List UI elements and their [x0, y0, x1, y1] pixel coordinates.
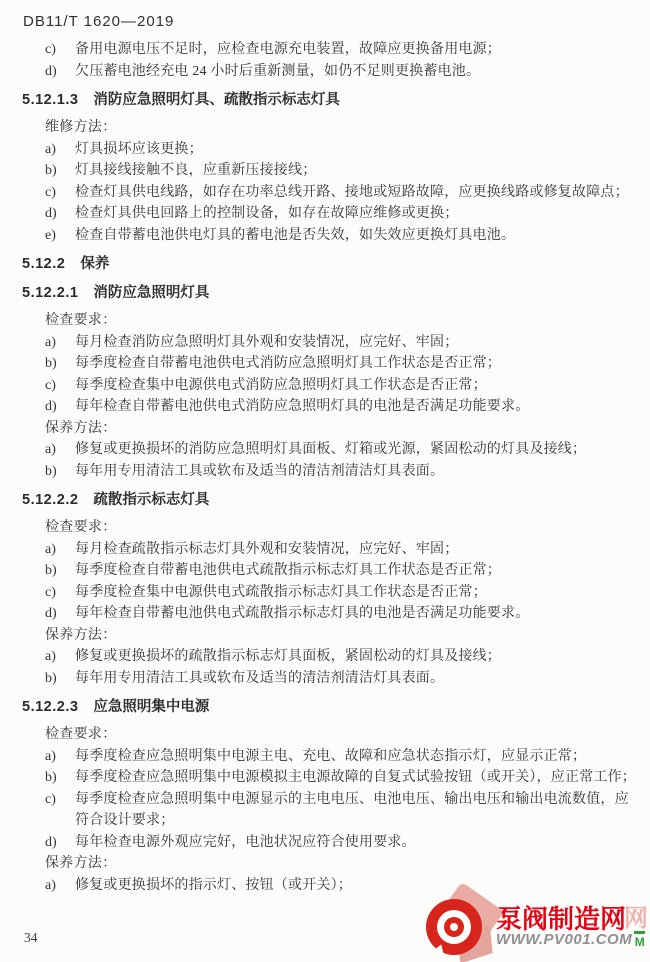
list-text: 检查灯具供电回路上的控制设备，如存在故障应维修或更换； — [75, 203, 640, 225]
list-text: 每季度检查自带蓄电池供电式消防应急照明灯具工作状态是否正常； — [75, 353, 640, 375]
list-item: a) 每月检查消防应急照明灯具外观和安装情况，应完好、牢固； — [22, 332, 640, 354]
list-text: 每季度检查应急照明集中电源主电、充电、故障和应急状态指示灯，应显示正常； — [75, 746, 640, 768]
list-item: a) 每季度检查应急照明集中电源主电、充电、故障和应急状态指示灯，应显示正常； — [22, 746, 640, 768]
section-number: 5.12.2.1 — [22, 283, 78, 304]
section-title: 消防应急照明灯具 — [93, 283, 209, 304]
list-text: 每年用专用清洁工具或软布及适当的清洁剂清洁灯具表面。 — [75, 668, 640, 690]
list-text: 每月检查消防应急照明灯具外观和安装情况，应完好、牢固； — [75, 332, 640, 354]
paragraph-label: 维修方法： — [45, 117, 640, 139]
list-text: 修复或更换损坏的消防应急照明灯具面板、灯箱或光源，紧固松动的灯具及接线； — [75, 439, 640, 461]
list-marker: d) — [45, 61, 75, 83]
list-text: 每季度检查应急照明集中电源模拟主电源故障的自复式试验按钮（或开关），应正常工作； — [75, 767, 640, 789]
list-marker: d) — [45, 203, 75, 225]
document-body: c) 备用电源电压不足时，应检查电源充电装置，故障应更换备用电源； d) 欠压蓄… — [0, 30, 650, 896]
page-number: 34 — [24, 930, 38, 946]
list-text: 检查灯具供电线路，如存在功率总线开路、接地或短路故障，应更换线路或修复故障点； — [75, 182, 640, 204]
list-text: 灯具损坏应该更换； — [75, 139, 640, 161]
list-item: c) 每季度检查集中电源供电式消防应急照明灯具工作状态是否正常； — [22, 375, 640, 397]
list-text: 每月检查疏散指示标志灯具外观和安装情况，应完好、牢固； — [75, 539, 640, 561]
list-item: d) 检查灯具供电回路上的控制设备，如存在故障应维修或更换； — [22, 203, 640, 225]
list-item: d) 每年检查电源外观应完好，电池状况应符合使用要求。 — [22, 832, 640, 854]
paragraph-label: 检查要求： — [45, 517, 640, 539]
section-title: 保养 — [80, 254, 109, 275]
list-text: 检查自带蓄电池供电灯具的蓄电池是否失效，如失效应更换灯具电池。 — [75, 225, 640, 247]
list-item: a) 每月检查疏散指示标志灯具外观和安装情况，应完好、牢固； — [22, 539, 640, 561]
section-heading: 5.12.2.2 疏散指示标志灯具 — [22, 490, 640, 511]
list-item: c) 每季度检查应急照明集中电源显示的主电电压、电池电压、输出电压和输出电流数值… — [22, 789, 640, 832]
list-item: b) 每年用专用清洁工具或软布及适当的清洁剂清洁灯具表面。 — [22, 668, 640, 690]
section-heading: 5.12.1.3 消防应急照明灯具、疏散指示标志灯具 — [22, 90, 640, 111]
section-heading: 5.12.2 保养 — [22, 254, 640, 275]
paragraph-label: 检查要求： — [45, 724, 640, 746]
list-marker: b) — [45, 560, 75, 582]
list-text: 欠压蓄电池经充电 24 小时后重新测量，如仍不足则更换蓄电池。 — [75, 61, 640, 83]
list-marker: c) — [45, 39, 75, 61]
list-item: c) 每季度检查集中电源供电式疏散指示标志灯具工作状态是否正常； — [22, 582, 640, 604]
list-marker: c) — [45, 789, 75, 832]
list-item: e) 检查自带蓄电池供电灯具的蓄电池是否失效，如失效应更换灯具电池。 — [22, 225, 640, 247]
list-text: 每年检查自带蓄电池供电式疏散指示标志灯具的电池是否满足功能要求。 — [75, 603, 640, 625]
list-item: b) 每季度检查自带蓄电池供电式疏散指示标志灯具工作状态是否正常； — [22, 560, 640, 582]
list-item: b) 灯具接线接触不良，应重新压接接线； — [22, 160, 640, 182]
list-text: 修复或更换损坏的疏散指示标志灯具面板，紧固松动的灯具及接线； — [75, 646, 640, 668]
list-marker: e) — [45, 225, 75, 247]
list-marker: c) — [45, 182, 75, 204]
section-number: 5.12.2.2 — [22, 490, 78, 511]
section-number: 5.12.2.3 — [22, 697, 78, 718]
section-title: 疏散指示标志灯具 — [93, 490, 209, 511]
paragraph-label: 保养方法： — [45, 853, 640, 875]
list-item: a) 修复或更换损坏的消防应急照明灯具面板、灯箱或光源，紧固松动的灯具及接线； — [22, 439, 640, 461]
section-title: 消防应急照明灯具、疏散指示标志灯具 — [93, 90, 340, 111]
list-item: c) 备用电源电压不足时，应检查电源充电装置，故障应更换备用电源； — [22, 39, 640, 61]
list-marker: a) — [45, 746, 75, 768]
list-marker: a) — [45, 646, 75, 668]
list-marker: b) — [45, 461, 75, 483]
brand-green-m: M — [634, 931, 645, 948]
list-text: 每季度检查应急照明集中电源显示的主电电压、电池电压、输出电压和输出电流数值，应符… — [75, 789, 640, 832]
list-marker: a) — [45, 539, 75, 561]
list-text: 每季度检查集中电源供电式疏散指示标志灯具工作状态是否正常； — [75, 582, 640, 604]
brand-url: WWW.PV001.COM — [496, 931, 632, 948]
list-marker: d) — [45, 396, 75, 418]
paragraph-label: 检查要求： — [45, 310, 640, 332]
list-text: 备用电源电压不足时，应检查电源充电装置，故障应更换备用电源； — [75, 39, 640, 61]
list-marker: c) — [45, 375, 75, 397]
list-marker: c) — [45, 582, 75, 604]
list-marker: a) — [45, 139, 75, 161]
list-marker: b) — [45, 668, 75, 690]
watermark-logo: 泵阀制造网 网 WWW.PV001.COM M — [420, 890, 648, 962]
list-marker: d) — [45, 832, 75, 854]
list-marker: d) — [45, 603, 75, 625]
list-marker: b) — [45, 767, 75, 789]
list-text: 灯具接线接触不良，应重新压接接线； — [75, 160, 640, 182]
list-marker: b) — [45, 353, 75, 375]
list-item: a) 修复或更换损坏的疏散指示标志灯具面板，紧固松动的灯具及接线； — [22, 646, 640, 668]
section-title: 应急照明集中电源 — [93, 697, 209, 718]
doc-code-header: DB11/T 1620—2019 — [0, 0, 650, 30]
list-marker: b) — [45, 160, 75, 182]
list-item: d) 每年检查自带蓄电池供电式消防应急照明灯具的电池是否满足功能要求。 — [22, 396, 640, 418]
paragraph-label: 保养方法： — [45, 625, 640, 647]
list-text: 每年检查电源外观应完好，电池状况应符合使用要求。 — [75, 832, 640, 854]
paragraph-label: 保养方法： — [45, 418, 640, 440]
list-item: b) 每年用专用清洁工具或软布及适当的清洁剂清洁灯具表面。 — [22, 461, 640, 483]
list-text: 每年用专用清洁工具或软布及适当的清洁剂清洁灯具表面。 — [75, 461, 640, 483]
brand-echo-glyph: 网 — [624, 905, 648, 933]
brand-name: 泵阀制造网 — [496, 905, 626, 933]
watermark-text: 泵阀制造网 网 WWW.PV001.COM M — [496, 905, 648, 948]
list-item: b) 每季度检查应急照明集中电源模拟主电源故障的自复式试验按钮（或开关），应正常… — [22, 767, 640, 789]
list-marker: a) — [45, 332, 75, 354]
list-item: a) 灯具损坏应该更换； — [22, 139, 640, 161]
list-item: c) 检查灯具供电线路，如存在功率总线开路、接地或短路故障，应更换线路或修复故障… — [22, 182, 640, 204]
document-page: DB11/T 1620—2019 c) 备用电源电压不足时，应检查电源充电装置，… — [0, 0, 650, 962]
list-text: 每季度检查集中电源供电式消防应急照明灯具工作状态是否正常； — [75, 375, 640, 397]
section-number: 5.12.1.3 — [22, 90, 78, 111]
logo-circle — [426, 899, 482, 955]
section-heading: 5.12.2.1 消防应急照明灯具 — [22, 283, 640, 304]
list-text: 每年检查自带蓄电池供电式消防应急照明灯具的电池是否满足功能要求。 — [75, 396, 640, 418]
list-text: 每季度检查自带蓄电池供电式疏散指示标志灯具工作状态是否正常； — [75, 560, 640, 582]
list-marker: a) — [45, 439, 75, 461]
list-item: b) 每季度检查自带蓄电池供电式消防应急照明灯具工作状态是否正常； — [22, 353, 640, 375]
section-number: 5.12.2 — [22, 254, 65, 275]
list-item: d) 每年检查自带蓄电池供电式疏散指示标志灯具的电池是否满足功能要求。 — [22, 603, 640, 625]
section-heading: 5.12.2.3 应急照明集中电源 — [22, 697, 640, 718]
list-marker: a) — [45, 875, 75, 897]
list-item: d) 欠压蓄电池经充电 24 小时后重新测量，如仍不足则更换蓄电池。 — [22, 61, 640, 83]
pump-valve-logo-icon — [420, 890, 502, 962]
